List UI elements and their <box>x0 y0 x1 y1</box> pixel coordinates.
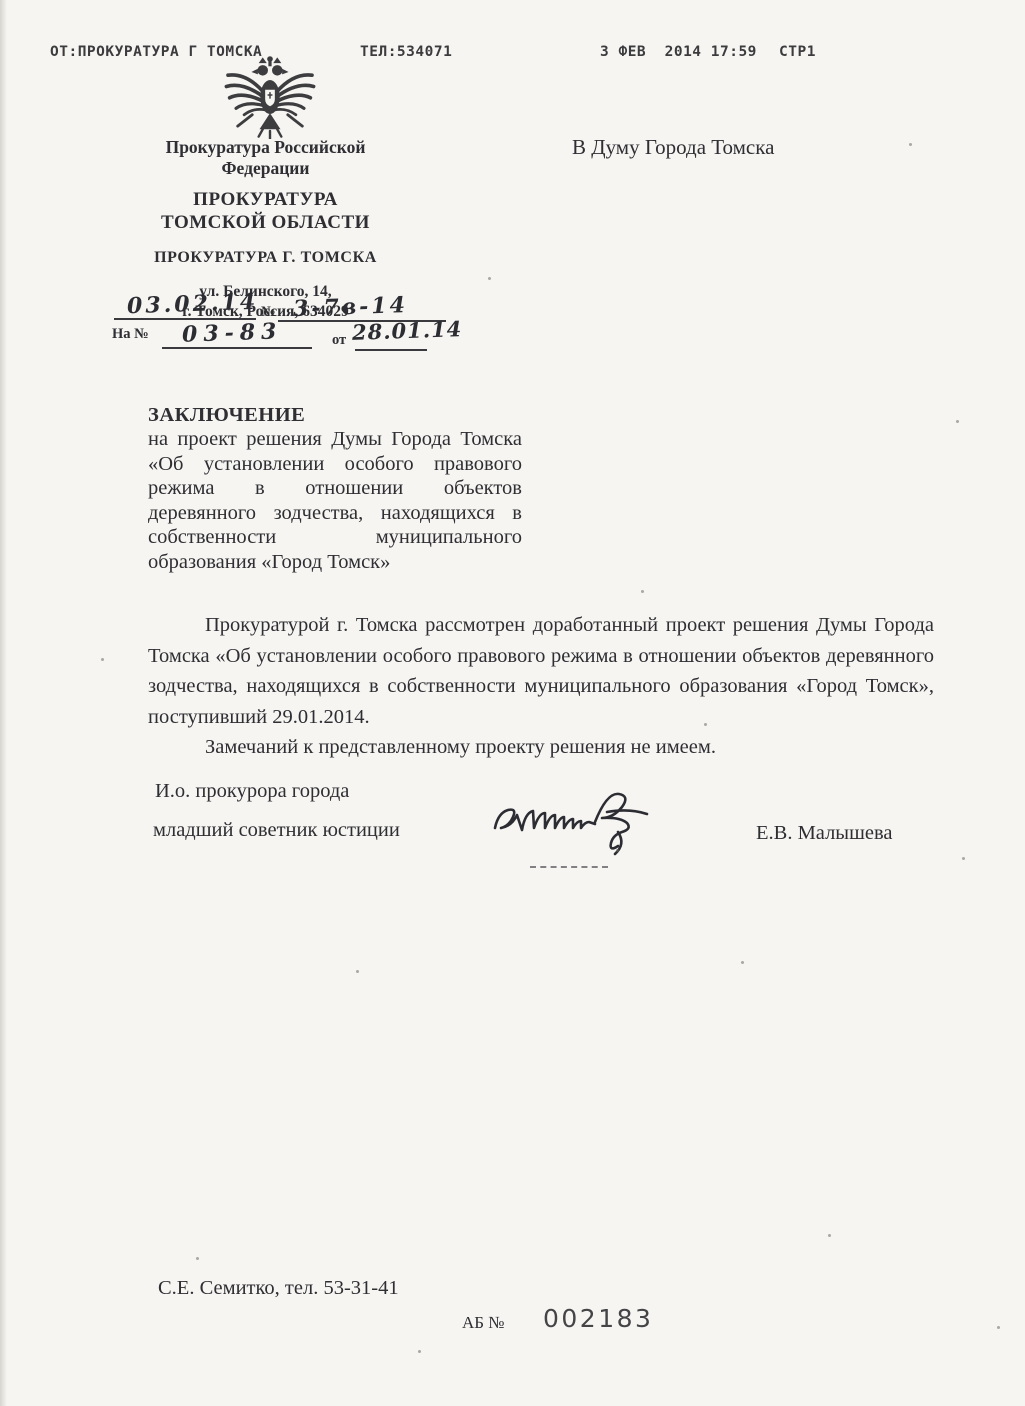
body-paragraph: Прокуратурой г. Томска рассмотрен дорабо… <box>148 610 934 732</box>
outgoing-number-handwritten: 3-7в-14 <box>293 292 409 322</box>
addressee: В Думу Города Томска <box>572 135 774 160</box>
handwritten-signature <box>487 782 667 862</box>
reply-date-label: от <box>332 332 346 349</box>
letterhead-region-line: ПРОКУРАТУРА ТОМСКОЙ ОБЛАСТИ <box>146 188 386 234</box>
signer-name: Е.В. Малышева <box>756 822 892 845</box>
form-series-label: АБ № <box>462 1313 505 1333</box>
ref-line <box>162 347 312 349</box>
fax-header-tel: ТЕЛ:534071 <box>360 44 452 60</box>
reply-date-handwritten: 28.01.14 <box>352 316 463 345</box>
letterhead-federation-line: Прокуратура Российской Федерации <box>151 137 381 178</box>
reply-number-handwritten: 03-83 <box>182 318 283 347</box>
form-serial-number: 002183 <box>543 1304 653 1333</box>
conclusion-title-block: ЗАКЛЮЧЕНИЕ на проект решения Думы Города… <box>148 404 522 575</box>
letter-body: Прокуратурой г. Томска рассмотрен дорабо… <box>148 610 934 763</box>
outgoing-date-handwritten: 03.02.14 <box>127 289 259 320</box>
executor-contact: С.Е. Семитко, тел. 53-31-41 <box>158 1277 399 1300</box>
reply-to-label: На № <box>112 326 149 343</box>
body-paragraph: Замечаний к представленному проекту реше… <box>148 732 934 763</box>
fax-header-datetime: 3 ФЕВ 2014 17:59 <box>600 44 757 60</box>
conclusion-subject: на проект решения Думы Города Томска «Об… <box>148 427 522 575</box>
signer-position-line2: младший советник юстиции <box>153 819 400 842</box>
signer-position-line1: И.о. прокурора города <box>155 780 349 803</box>
scanned-letter-page: ОТ:ПРОКУРАТУРА Г ТОМСКА ТЕЛ:534071 3 ФЕВ… <box>0 0 1025 1406</box>
conclusion-heading: ЗАКЛЮЧЕНИЕ <box>148 404 522 427</box>
signature-underline <box>530 866 608 868</box>
ref-line <box>355 349 427 351</box>
coat-of-arms-eagle-icon <box>221 55 319 139</box>
letterhead-city-line: ПРОКУРАТУРА Г. ТОМСКА <box>108 249 423 267</box>
fax-header-page-number: СТР1 <box>779 44 816 60</box>
scan-noise <box>488 277 491 280</box>
